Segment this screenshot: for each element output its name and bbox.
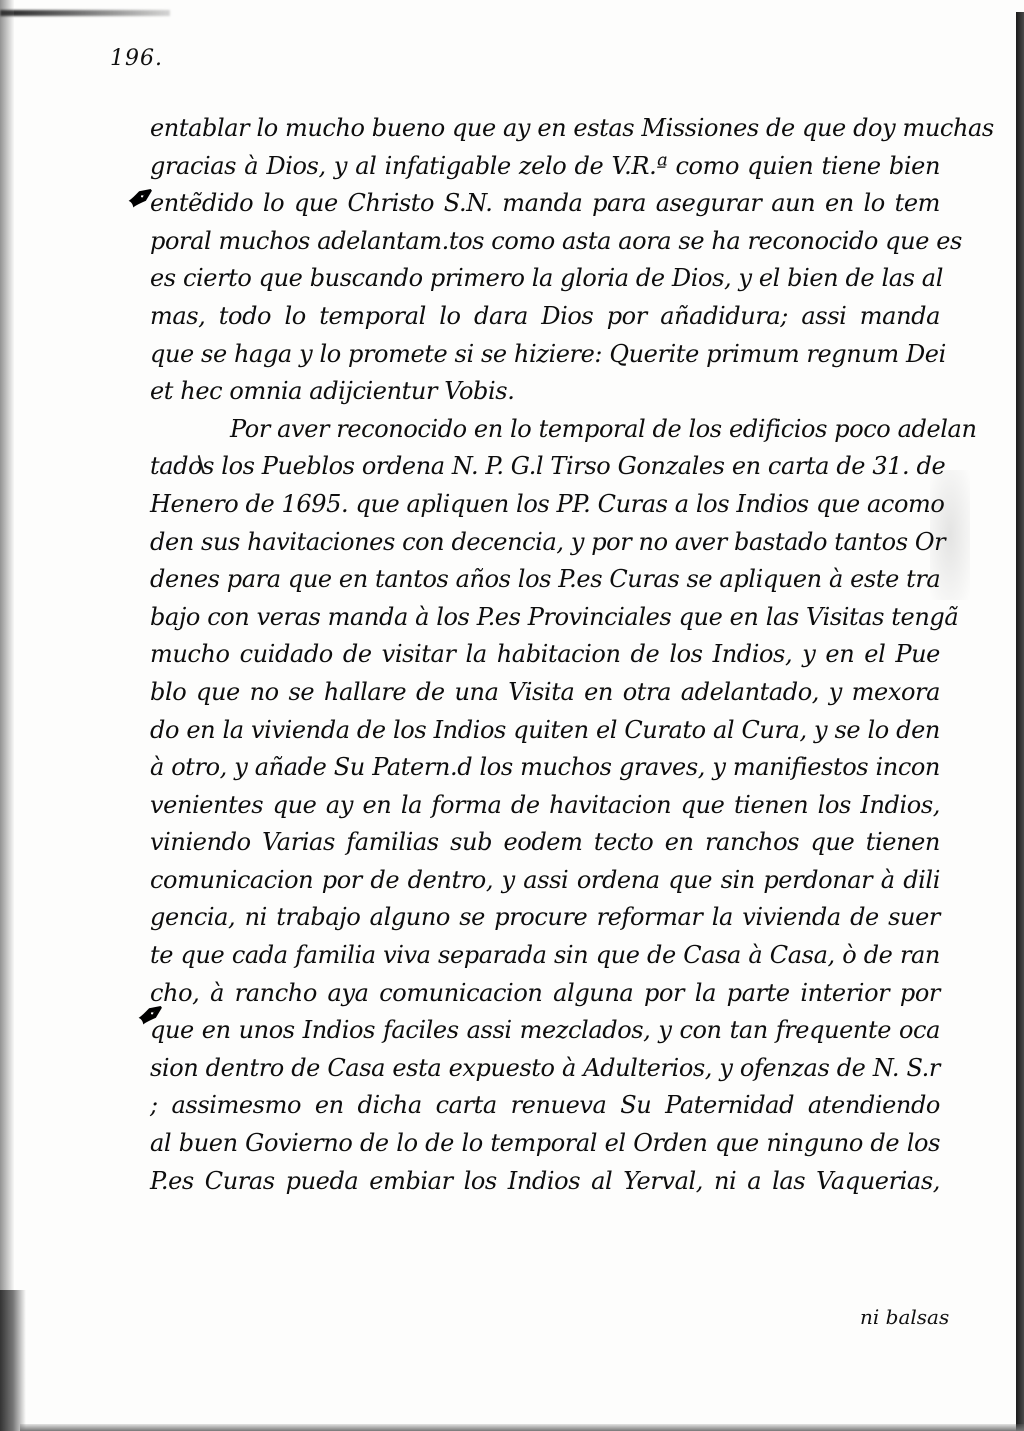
text-line: denes para que en tantos años los P.es C… bbox=[150, 561, 940, 599]
text-line-paragraph-start: Por aver reconocido en lo temporal de lo… bbox=[150, 411, 940, 449]
text-line: sion dentro de Casa esta expuesto à Adul… bbox=[150, 1050, 940, 1088]
catchword: ni balsas bbox=[860, 1305, 949, 1329]
scan-edge-top bbox=[0, 10, 170, 16]
text-line: et hec omnia adijcientur Vobis. bbox=[150, 373, 940, 411]
text-line: gracias à Dios, y al infatigable zelo de… bbox=[150, 148, 940, 186]
text-line: que en unos Indios faciles assi mezclado… bbox=[150, 1012, 940, 1050]
text-line: mas, todo lo temporal lo dara Dios por a… bbox=[150, 298, 940, 336]
text-line: te que cada familia viva separada sin qu… bbox=[150, 937, 940, 975]
scan-edge-left bbox=[0, 0, 14, 1431]
text-line: P.es Curas pueda embiar los Indios al Ye… bbox=[150, 1163, 940, 1201]
text-line: à otro, y añade Su Patern.d los muchos g… bbox=[150, 749, 940, 787]
manuscript-text: entablar lo mucho bueno que ay en estas … bbox=[150, 110, 940, 1200]
text-line: al buen Govierno de lo de lo temporal el… bbox=[150, 1125, 940, 1163]
folio-number: 196. bbox=[110, 46, 163, 71]
text-line: tados los Pueblos ordena N. P. G.l Tirso… bbox=[150, 448, 940, 486]
text-line: cho, à rancho aya comunicacion alguna po… bbox=[150, 975, 940, 1013]
text-line: do en la vivienda de los Indios quiten e… bbox=[150, 712, 940, 750]
text-line: Henero de 1695. que apliquen los PP. Cur… bbox=[150, 486, 940, 524]
text-line: mucho cuidado de visitar la habitacion d… bbox=[150, 636, 940, 674]
text-line: viniendo Varias familias sub eodem tecto… bbox=[150, 824, 940, 862]
text-line: ; assimesmo en dicha carta renueva Su Pa… bbox=[150, 1087, 940, 1125]
text-line: es cierto que buscando primero la gloria… bbox=[150, 260, 940, 298]
text-line: comunicacion por de dentro, y assi orden… bbox=[150, 862, 940, 900]
scan-edge-left-bottom bbox=[0, 1290, 26, 1431]
text-line: den sus havitaciones con decencia, y por… bbox=[150, 524, 940, 562]
scan-edge-bottom bbox=[20, 1424, 1024, 1431]
text-line: entablar lo mucho bueno que ay en estas … bbox=[150, 110, 940, 148]
scan-edge-right bbox=[1016, 12, 1024, 1431]
text-line: gencia, ni trabajo alguno se procure ref… bbox=[150, 899, 940, 937]
text-line: que se haga y lo promete si se hiziere: … bbox=[150, 336, 940, 374]
text-line: poral muchos adelantam.tos como asta aor… bbox=[150, 223, 940, 261]
text-line: entẽdido lo que Christo S.N. manda para … bbox=[150, 185, 940, 223]
text-line: venientes que ay en la forma de havitaci… bbox=[150, 787, 940, 825]
text-line: blo que no se hallare de una Visita en o… bbox=[150, 674, 940, 712]
manuscript-page: 196. ✒ ✒ entablar lo mucho bueno que ay … bbox=[0, 0, 1024, 1431]
text-line: bajo con veras manda à los P.es Provinci… bbox=[150, 599, 940, 637]
